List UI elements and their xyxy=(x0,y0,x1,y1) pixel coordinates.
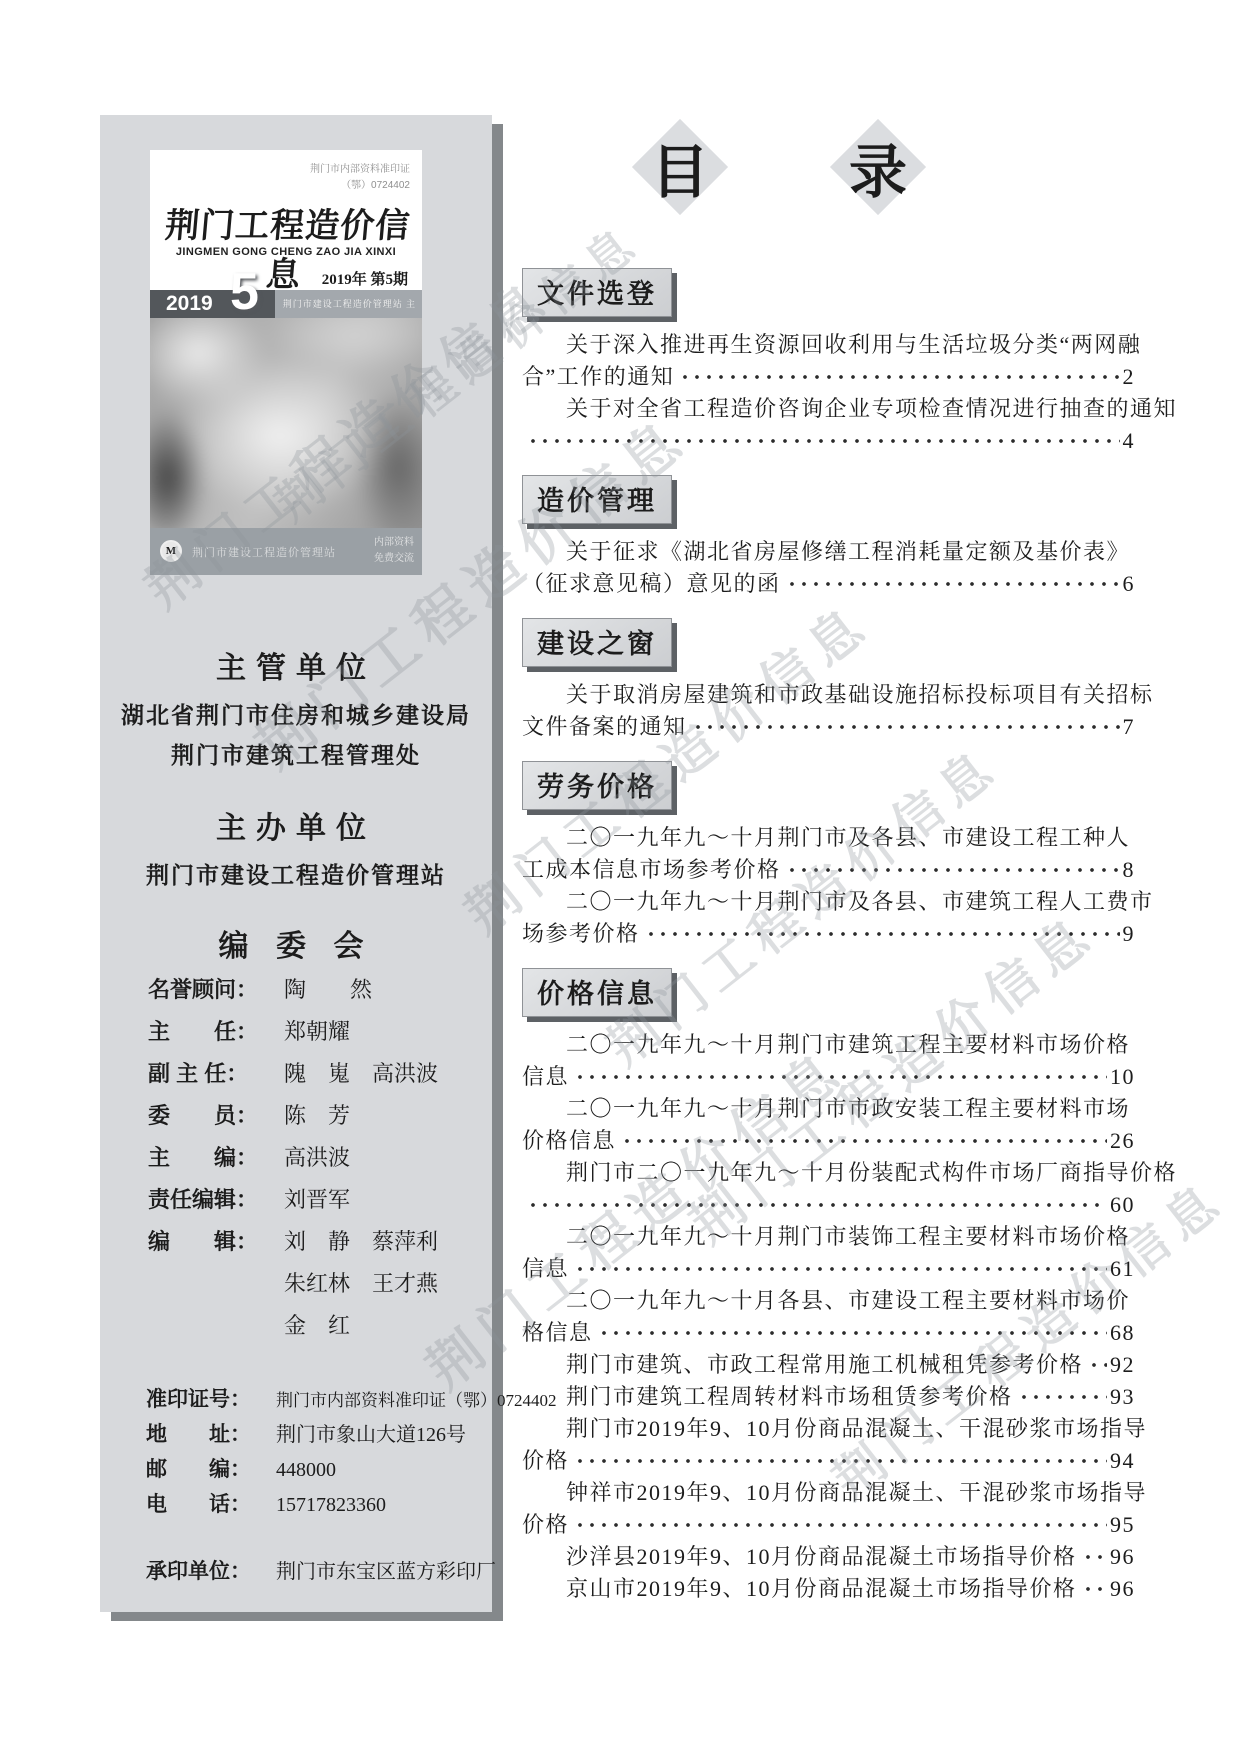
page-number: 96 xyxy=(1110,1541,1135,1573)
editorial-row: 副 主 任：隗 嵬 高洪波 xyxy=(148,1057,478,1099)
toc-entry-line: 二〇一九年九～十月各县、市建设工程主要材料市场价 xyxy=(522,1285,1135,1317)
page-number: 94 xyxy=(1110,1445,1135,1477)
editorial-row-value: 刘晋军 xyxy=(284,1187,350,1212)
cover-publisher-strip: 荆门市建设工程造价管理站 主办 xyxy=(275,290,422,318)
info-row-label: 邮 编： xyxy=(146,1453,276,1483)
toc-entry-lastline: 文件备案的通知 7 xyxy=(522,711,1135,743)
toc-entry-line: 钟祥市2019年9、10月份商品混凝土、干混砂浆市场指导 xyxy=(522,1477,1135,1509)
toc-section-heading: 建设之窗 xyxy=(522,618,672,667)
toc-entry: 二〇一九年九～十月各县、市建设工程主要材料市场价 格信息 68 xyxy=(522,1285,1135,1349)
cover-footer-note2: 免费交流 xyxy=(374,551,414,567)
toc-entry: 荆门市二〇一九年九～十月份装配式构件市场厂商指导价格 60 xyxy=(522,1157,1135,1221)
toc-entry-text: 场参考价格 xyxy=(522,918,640,950)
dot-leader xyxy=(1016,1381,1107,1413)
info-row-value: 荆门市象山大道126号 xyxy=(276,1424,466,1446)
page-number: 6 xyxy=(1123,568,1136,600)
cover-permit-line2: （鄂）0724402 xyxy=(310,178,410,194)
toc-section: 建设之窗 关于取消房屋建筑和市政基础设施招标投标项目有关招标 文件备案的通知 7 xyxy=(522,618,1135,743)
cover-permit-text: 荆门市内部资料准印证 （鄂）0724402 xyxy=(310,162,410,194)
toc-entry-lastline: （征求意见稿）意见的函 6 xyxy=(522,568,1135,600)
page-number: 4 xyxy=(1123,425,1136,457)
toc-entry-text: 京山市2019年9、10月份商品混凝土市场指导价格 xyxy=(566,1573,1077,1605)
toc-entry-lastline: 60 xyxy=(522,1189,1135,1221)
toc-entry-lastline: 京山市2019年9、10月份商品混凝土市场指导价格 96 xyxy=(522,1573,1135,1605)
toc-entry-lastline: 信息 61 xyxy=(522,1253,1135,1285)
printer-value: 荆门市东宝区蓝方彩印厂 xyxy=(276,1561,496,1583)
dot-leader xyxy=(596,1317,1107,1349)
toc-entry-text: 价格信息 xyxy=(522,1125,616,1157)
dot-leader xyxy=(690,711,1120,743)
page-number: 92 xyxy=(1110,1349,1135,1381)
page-number: 7 xyxy=(1123,711,1136,743)
toc-entry-lastline: 价格信息 26 xyxy=(522,1125,1135,1157)
toc-entry: 钟祥市2019年9、10月份商品混凝土、干混砂浆市场指导 价格 95 xyxy=(522,1477,1135,1541)
toc-entry: 关于取消房屋建筑和市政基础设施招标投标项目有关招标 文件备案的通知 7 xyxy=(522,679,1135,743)
editorial-row: 主 编：高洪波 xyxy=(148,1141,478,1183)
toc-entry-line: 关于深入推进再生资源回收利用与生活垃圾分类“两网融 xyxy=(522,329,1135,361)
printer-label: 承印单位： xyxy=(146,1555,276,1585)
editorial-row: 委 员：陈 芳 xyxy=(148,1099,478,1141)
page-number: 68 xyxy=(1110,1317,1135,1349)
organizer-line1: 荆门市建设工程造价管理站 xyxy=(100,857,492,890)
toc-entry-line: 荆门市2019年9、10月份商品混凝土、干混砂浆市场指导 xyxy=(522,1413,1135,1445)
toc-entry-lastline: 价格 95 xyxy=(522,1509,1135,1541)
page-number: 26 xyxy=(1110,1125,1135,1157)
dot-leader xyxy=(1080,1573,1107,1605)
toc-entry-lastline: 荆门市建筑、市政工程常用施工机械租凭参考价格 92 xyxy=(522,1349,1135,1381)
toc-entry-lastline: 4 xyxy=(522,425,1135,457)
toc-entry-line: 关于对全省工程造价咨询企业专项检查情况进行抽查的通知 xyxy=(522,393,1135,425)
toc-entry-line: 关于征求《湖北省房屋修缮工程消耗量定额及基价表》 xyxy=(522,536,1135,568)
printer-row: 承印单位：荆门市东宝区蓝方彩印厂 xyxy=(146,1555,496,1585)
page-number: 9 xyxy=(1123,918,1136,950)
info-row: 邮 编：448000 xyxy=(146,1453,486,1488)
editorial-row-value: 陈 芳 xyxy=(284,1103,350,1128)
toc-entry-text: 信息 xyxy=(522,1253,569,1285)
page-number: 2 xyxy=(1123,361,1136,393)
page-number: 61 xyxy=(1110,1253,1135,1285)
dot-leader xyxy=(572,1509,1107,1541)
toc-entry-text: 荆门市建筑工程周转材料市场租赁参考价格 xyxy=(566,1381,1013,1413)
toc-entry-text: （征求意见稿）意见的函 xyxy=(522,568,781,600)
cover-issue-number: 5 xyxy=(230,262,259,322)
cover-permit-line1: 荆门市内部资料准印证 xyxy=(310,162,410,178)
toc-section-heading: 文件选登 xyxy=(522,268,672,317)
editorial-row-value: 陶 然 xyxy=(284,977,372,1002)
info-row: 电 话：15717823360 xyxy=(146,1488,486,1523)
toc-section-heading: 劳务价格 xyxy=(522,761,672,810)
cover-footer-notes: 内部资料 免费交流 xyxy=(374,535,414,567)
toc-entry-text: 合”工作的通知 xyxy=(522,361,674,393)
page-number: 8 xyxy=(1123,854,1136,886)
cover-photo xyxy=(150,318,422,528)
toc-entry: 荆门市建筑、市政工程常用施工机械租凭参考价格 92 xyxy=(522,1349,1135,1381)
dot-leader xyxy=(525,425,1120,457)
toc-title-diamond: 目 xyxy=(632,119,728,215)
editorial-row-label: 责任编辑： xyxy=(148,1183,284,1214)
toc-entry: 关于对全省工程造价咨询企业专项检查情况进行抽查的通知 4 xyxy=(522,393,1135,457)
magazine-cover: 荆门市内部资料准印证 （鄂）0724402 荆门工程造价信息 JINGMEN G… xyxy=(150,150,422,575)
dot-leader xyxy=(784,854,1120,886)
toc-entry-text: 价格 xyxy=(522,1509,569,1541)
editorial-row-label: 主 编： xyxy=(148,1141,284,1172)
toc-entry-lastline: 信息 10 xyxy=(522,1061,1135,1093)
toc-entry-lastline: 合”工作的通知 2 xyxy=(522,361,1135,393)
info-row-label: 地 址： xyxy=(146,1418,276,1448)
supervisor-line2: 荆门市建筑工程管理处 xyxy=(100,737,492,770)
page-number: 10 xyxy=(1110,1061,1135,1093)
dot-leader xyxy=(619,1125,1107,1157)
toc-title-diamond: 录 xyxy=(830,119,926,215)
dot-leader xyxy=(572,1253,1107,1285)
toc-section: 价格信息 二〇一九年九～十月荆门市建筑工程主要材料市场价格 信息 10 二〇一九… xyxy=(522,968,1135,1605)
toc-section-heading: 价格信息 xyxy=(522,968,672,1017)
editorial-row-label: 副 主 任： xyxy=(148,1057,284,1088)
toc-entry-lastline: 工成本信息市场参考价格 8 xyxy=(522,854,1135,886)
toc-entry-text: 沙洋县2019年9、10月份商品混凝土市场指导价格 xyxy=(566,1541,1077,1573)
toc-entry-line: 二〇一九年九～十月荆门市市政安装工程主要材料市场 xyxy=(522,1093,1135,1125)
editorial-row: 朱红林 王才燕 xyxy=(148,1267,478,1309)
magazine-title-pinyin: JINGMEN GONG CHENG ZAO JIA XINXI xyxy=(150,246,422,258)
page-number: 93 xyxy=(1110,1381,1135,1413)
toc-section: 劳务价格 二〇一九年九～十月荆门市及各县、市建设工程工种人 工成本信息市场参考价… xyxy=(522,761,1135,950)
toc-entry-lastline: 价格 94 xyxy=(522,1445,1135,1477)
toc-section: 文件选登 关于深入推进再生资源回收利用与生活垃圾分类“两网融 合”工作的通知 2… xyxy=(522,268,1135,457)
toc-entry: 二〇一九年九～十月荆门市装饰工程主要材料市场价格 信息 61 xyxy=(522,1221,1135,1285)
info-row: 地 址：荆门市象山大道126号 xyxy=(146,1418,486,1453)
dot-leader xyxy=(1080,1541,1107,1573)
toc-entry: 关于深入推进再生资源回收利用与生活垃圾分类“两网融 合”工作的通知 2 xyxy=(522,329,1135,393)
editorial-row-value: 朱红林 王才燕 xyxy=(284,1271,438,1296)
toc-entry: 关于征求《湖北省房屋修缮工程消耗量定额及基价表》 （征求意见稿）意见的函 6 xyxy=(522,536,1135,600)
editorial-row-value: 金 红 xyxy=(284,1313,350,1338)
dot-leader xyxy=(525,1189,1107,1221)
info-row-value: 448000 xyxy=(276,1459,336,1481)
info-row-value: 15717823360 xyxy=(276,1494,386,1516)
toc-entry-line: 二〇一九年九～十月荆门市及各县、市建筑工程人工费市 xyxy=(522,886,1135,918)
info-row-label: 电 话： xyxy=(146,1488,276,1518)
toc-entry: 二〇一九年九～十月荆门市市政安装工程主要材料市场 价格信息 26 xyxy=(522,1093,1135,1157)
dot-leader xyxy=(784,568,1120,600)
editorial-row-value: 高洪波 xyxy=(284,1145,350,1170)
toc-entry: 二〇一九年九～十月荆门市及各县、市建筑工程人工费市 场参考价格 9 xyxy=(522,886,1135,950)
toc-entry: 沙洋县2019年9、10月份商品混凝土市场指导价格 96 xyxy=(522,1541,1135,1573)
toc-entry-line: 荆门市二〇一九年九～十月份装配式构件市场厂商指导价格 xyxy=(522,1157,1135,1189)
info-row: 准印证号：荆门市内部资料准印证（鄂）0724402 xyxy=(146,1383,486,1418)
supervisor-heading: 主管单位 xyxy=(100,643,492,687)
toc-entry-line: 二〇一九年九～十月荆门市建筑工程主要材料市场价格 xyxy=(522,1029,1135,1061)
cover-footer-org: 荆门市建设工程造价管理站 xyxy=(192,544,336,560)
toc-entry-line: 二〇一九年九～十月荆门市及各县、市建设工程工种人 xyxy=(522,822,1135,854)
toc-entry-text: 信息 xyxy=(522,1061,569,1093)
publication-info: 准印证号：荆门市内部资料准印证（鄂）0724402 地 址：荆门市象山大道126… xyxy=(146,1383,486,1523)
toc-entry-lastline: 场参考价格 9 xyxy=(522,918,1135,950)
toc-entry: 荆门市2019年9、10月份商品混凝土、干混砂浆市场指导 价格 94 xyxy=(522,1413,1135,1477)
editorial-row: 编 辑：刘 静 蔡萍利 xyxy=(148,1225,478,1267)
info-row-value: 荆门市内部资料准印证（鄂）0724402 xyxy=(276,1391,557,1410)
editorial-row-value: 郑朝耀 xyxy=(284,1019,350,1044)
toc-entry-text: 荆门市建筑、市政工程常用施工机械租凭参考价格 xyxy=(566,1349,1083,1381)
editorial-row-label: 主 任： xyxy=(148,1015,284,1046)
cover-photo-blur xyxy=(150,318,422,528)
editorial-row: 金 红 xyxy=(148,1309,478,1351)
dot-leader xyxy=(643,918,1120,950)
toc-entry-lastline: 沙洋县2019年9、10月份商品混凝土市场指导价格 96 xyxy=(522,1541,1135,1573)
cover-logo-icon: M xyxy=(160,540,182,562)
toc-entry-text: 文件备案的通知 xyxy=(522,711,687,743)
toc-entry-text: 格信息 xyxy=(522,1317,593,1349)
supervisor-line1: 湖北省荆门市住房和城乡建设局 xyxy=(100,697,492,730)
toc-section-heading: 造价管理 xyxy=(522,475,672,524)
organizer-heading: 主办单位 xyxy=(100,803,492,847)
page-number: 95 xyxy=(1110,1509,1135,1541)
toc-entry-line: 关于取消房屋建筑和市政基础设施招标投标项目有关招标 xyxy=(522,679,1135,711)
dot-leader xyxy=(677,361,1119,393)
toc-entry: 京山市2019年9、10月份商品混凝土市场指导价格 96 xyxy=(522,1573,1135,1605)
editorial-row-value: 刘 静 蔡萍利 xyxy=(284,1229,438,1254)
toc-entry: 二〇一九年九～十月荆门市及各县、市建设工程工种人 工成本信息市场参考价格 8 xyxy=(522,822,1135,886)
toc-entry-line: 二〇一九年九～十月荆门市装饰工程主要材料市场价格 xyxy=(522,1221,1135,1253)
toc-entry: 荆门市建筑工程周转材料市场租赁参考价格 93 xyxy=(522,1381,1135,1413)
page-number: 96 xyxy=(1110,1573,1135,1605)
dot-leader xyxy=(1086,1349,1107,1381)
dot-leader xyxy=(572,1061,1107,1093)
editorial-row: 名誉顾问：陶 然 xyxy=(148,973,478,1015)
page-number: 60 xyxy=(1110,1189,1135,1221)
editorial-row: 主 任：郑朝耀 xyxy=(148,1015,478,1057)
toc-title-char-1: 目 xyxy=(632,119,728,215)
editorial-row-label: 编 辑： xyxy=(148,1225,284,1256)
editorial-row-value: 隗 嵬 高洪波 xyxy=(284,1061,438,1086)
cover-footer-strip: M 荆门市建设工程造价管理站 内部资料 免费交流 xyxy=(150,528,422,575)
editorial-board-heading: 编 委 会 xyxy=(100,921,492,965)
editorial-row: 责任编辑：刘晋军 xyxy=(148,1183,478,1225)
cover-footer-note1: 内部资料 xyxy=(374,535,414,551)
editorial-row-label: 名誉顾问： xyxy=(148,973,284,1004)
dot-leader xyxy=(572,1445,1107,1477)
toc-entry-text: 工成本信息市场参考价格 xyxy=(522,854,781,886)
toc-entry-lastline: 荆门市建筑工程周转材料市场租赁参考价格 93 xyxy=(522,1381,1135,1413)
toc-entry-lastline: 格信息 68 xyxy=(522,1317,1135,1349)
editorial-row-label: 委 员： xyxy=(148,1099,284,1130)
left-info-panel: 荆门市内部资料准印证 （鄂）0724402 荆门工程造价信息 JINGMEN G… xyxy=(100,115,492,1612)
editorial-board-rows: 名誉顾问：陶 然 主 任：郑朝耀 副 主 任：隗 嵬 高洪波 委 员：陈 芳 主… xyxy=(148,973,478,1351)
info-row-label: 准印证号： xyxy=(146,1383,276,1413)
toc-entry: 二〇一九年九～十月荆门市建筑工程主要材料市场价格 信息 10 xyxy=(522,1029,1135,1093)
cover-issue-label: 2019年 第5期 xyxy=(322,268,408,289)
toc-section: 造价管理 关于征求《湖北省房屋修缮工程消耗量定额及基价表》 （征求意见稿）意见的… xyxy=(522,475,1135,600)
toc-entry-text: 价格 xyxy=(522,1445,569,1477)
toc-title-char-2: 录 xyxy=(830,119,926,215)
cover-banner: 2019 5 荆门市建设工程造价管理站 主办 xyxy=(150,290,422,318)
table-of-contents: 文件选登 关于深入推进再生资源回收利用与生活垃圾分类“两网融 合”工作的通知 2… xyxy=(522,268,1135,1605)
